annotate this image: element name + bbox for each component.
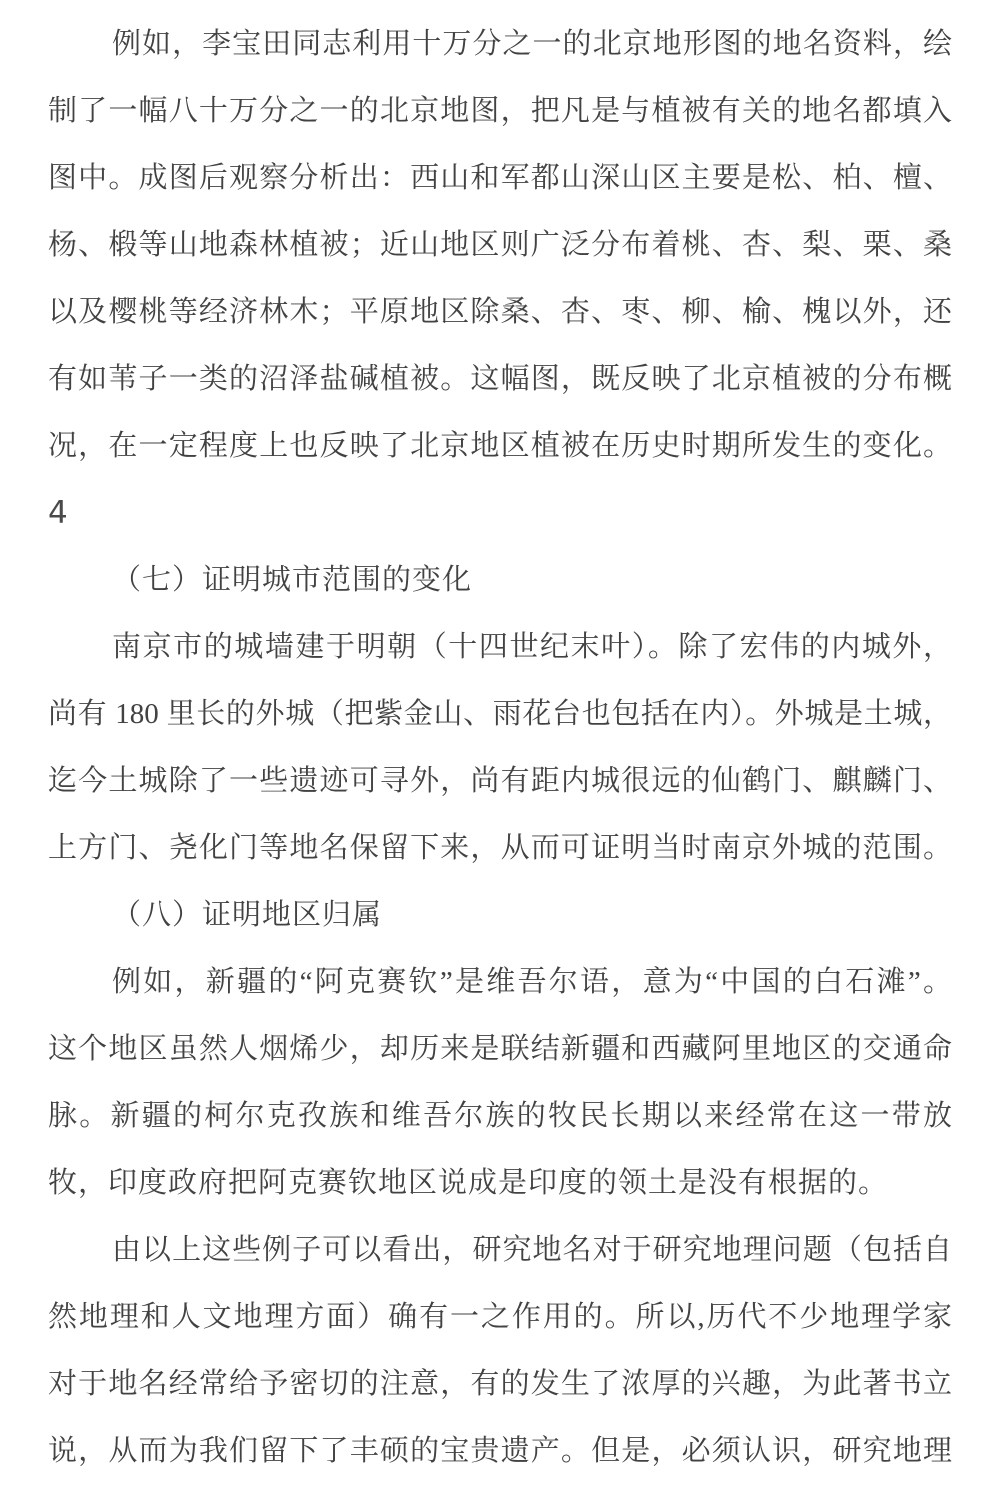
section-heading: （八）证明地区归属 [48,882,952,949]
text-line: 对于地名经常给予密切的注意，有的发生了浓厚的兴趣，为此著书立 [48,1351,952,1418]
document-page: 例如，李宝田同志利用十万分之一的北京地形图的地名资料，绘制了一幅八十万分之一的北… [0,0,1000,1500]
text-line: 牧，印度政府把阿克赛钦地区说成是印度的领土是没有根据的。 [48,1150,952,1217]
text-line: 图中。成图后观察分析出：西山和军都山深山区主要是松、柏、檀、 [48,145,952,212]
text-line: 制了一幅八十万分之一的北京地图，把凡是与植被有关的地名都填入 [48,78,952,145]
page-number: 4 [48,480,952,547]
text-line: 上方门、尧化门等地名保留下来，从而可证明当时南京外城的范围。 [48,815,952,882]
page-text: 例如，李宝田同志利用十万分之一的北京地形图的地名资料，绘制了一幅八十万分之一的北… [48,11,952,1485]
text-line: 有如苇子一类的沼泽盐碱植被。这幅图，既反映了北京植被的分布概 [48,346,952,413]
text-line: 例如，新疆的“阿克赛钦”是维吾尔语，意为“中国的白石滩”。 [48,949,952,1016]
text-line: 脉。新疆的柯尔克孜族和维吾尔族的牧民长期以来经常在这一带放 [48,1083,952,1150]
text-line: 说，从而为我们留下了丰硕的宝贵遗产。但是，必须认识，研究地理 [48,1418,952,1485]
text-line: 尚有 180 里长的外城（把紫金山、雨花台也包括在内）。外城是土城， [48,681,952,748]
text-line: 例如，李宝田同志利用十万分之一的北京地形图的地名资料，绘 [48,11,952,78]
section-heading: （七）证明城市范围的变化 [48,547,952,614]
text-line: 况，在一定程度上也反映了北京地区植被在历史时期所发生的变化。 [48,413,952,480]
text-line: 以及樱桃等经济林木；平原地区除桑、杏、枣、柳、榆、槐以外，还 [48,279,952,346]
text-line: 南京市的城墙建于明朝（十四世纪末叶）。除了宏伟的内城外， [48,614,952,681]
text-line: 然地理和人文地理方面）确有一之作用的。所以,历代不少地理学家 [48,1284,952,1351]
text-line: 这个地区虽然人烟烯少，却历来是联结新疆和西藏阿里地区的交通命 [48,1016,952,1083]
text-line: 迄今土城除了一些遗迹可寻外，尚有距内城很远的仙鹤门、麒麟门、 [48,748,952,815]
text-line: 由以上这些例子可以看出，研究地名对于研究地理问题（包括自 [48,1217,952,1284]
text-line: 杨、椴等山地森林植被；近山地区则广泛分布着桃、杏、梨、栗、桑 [48,212,952,279]
